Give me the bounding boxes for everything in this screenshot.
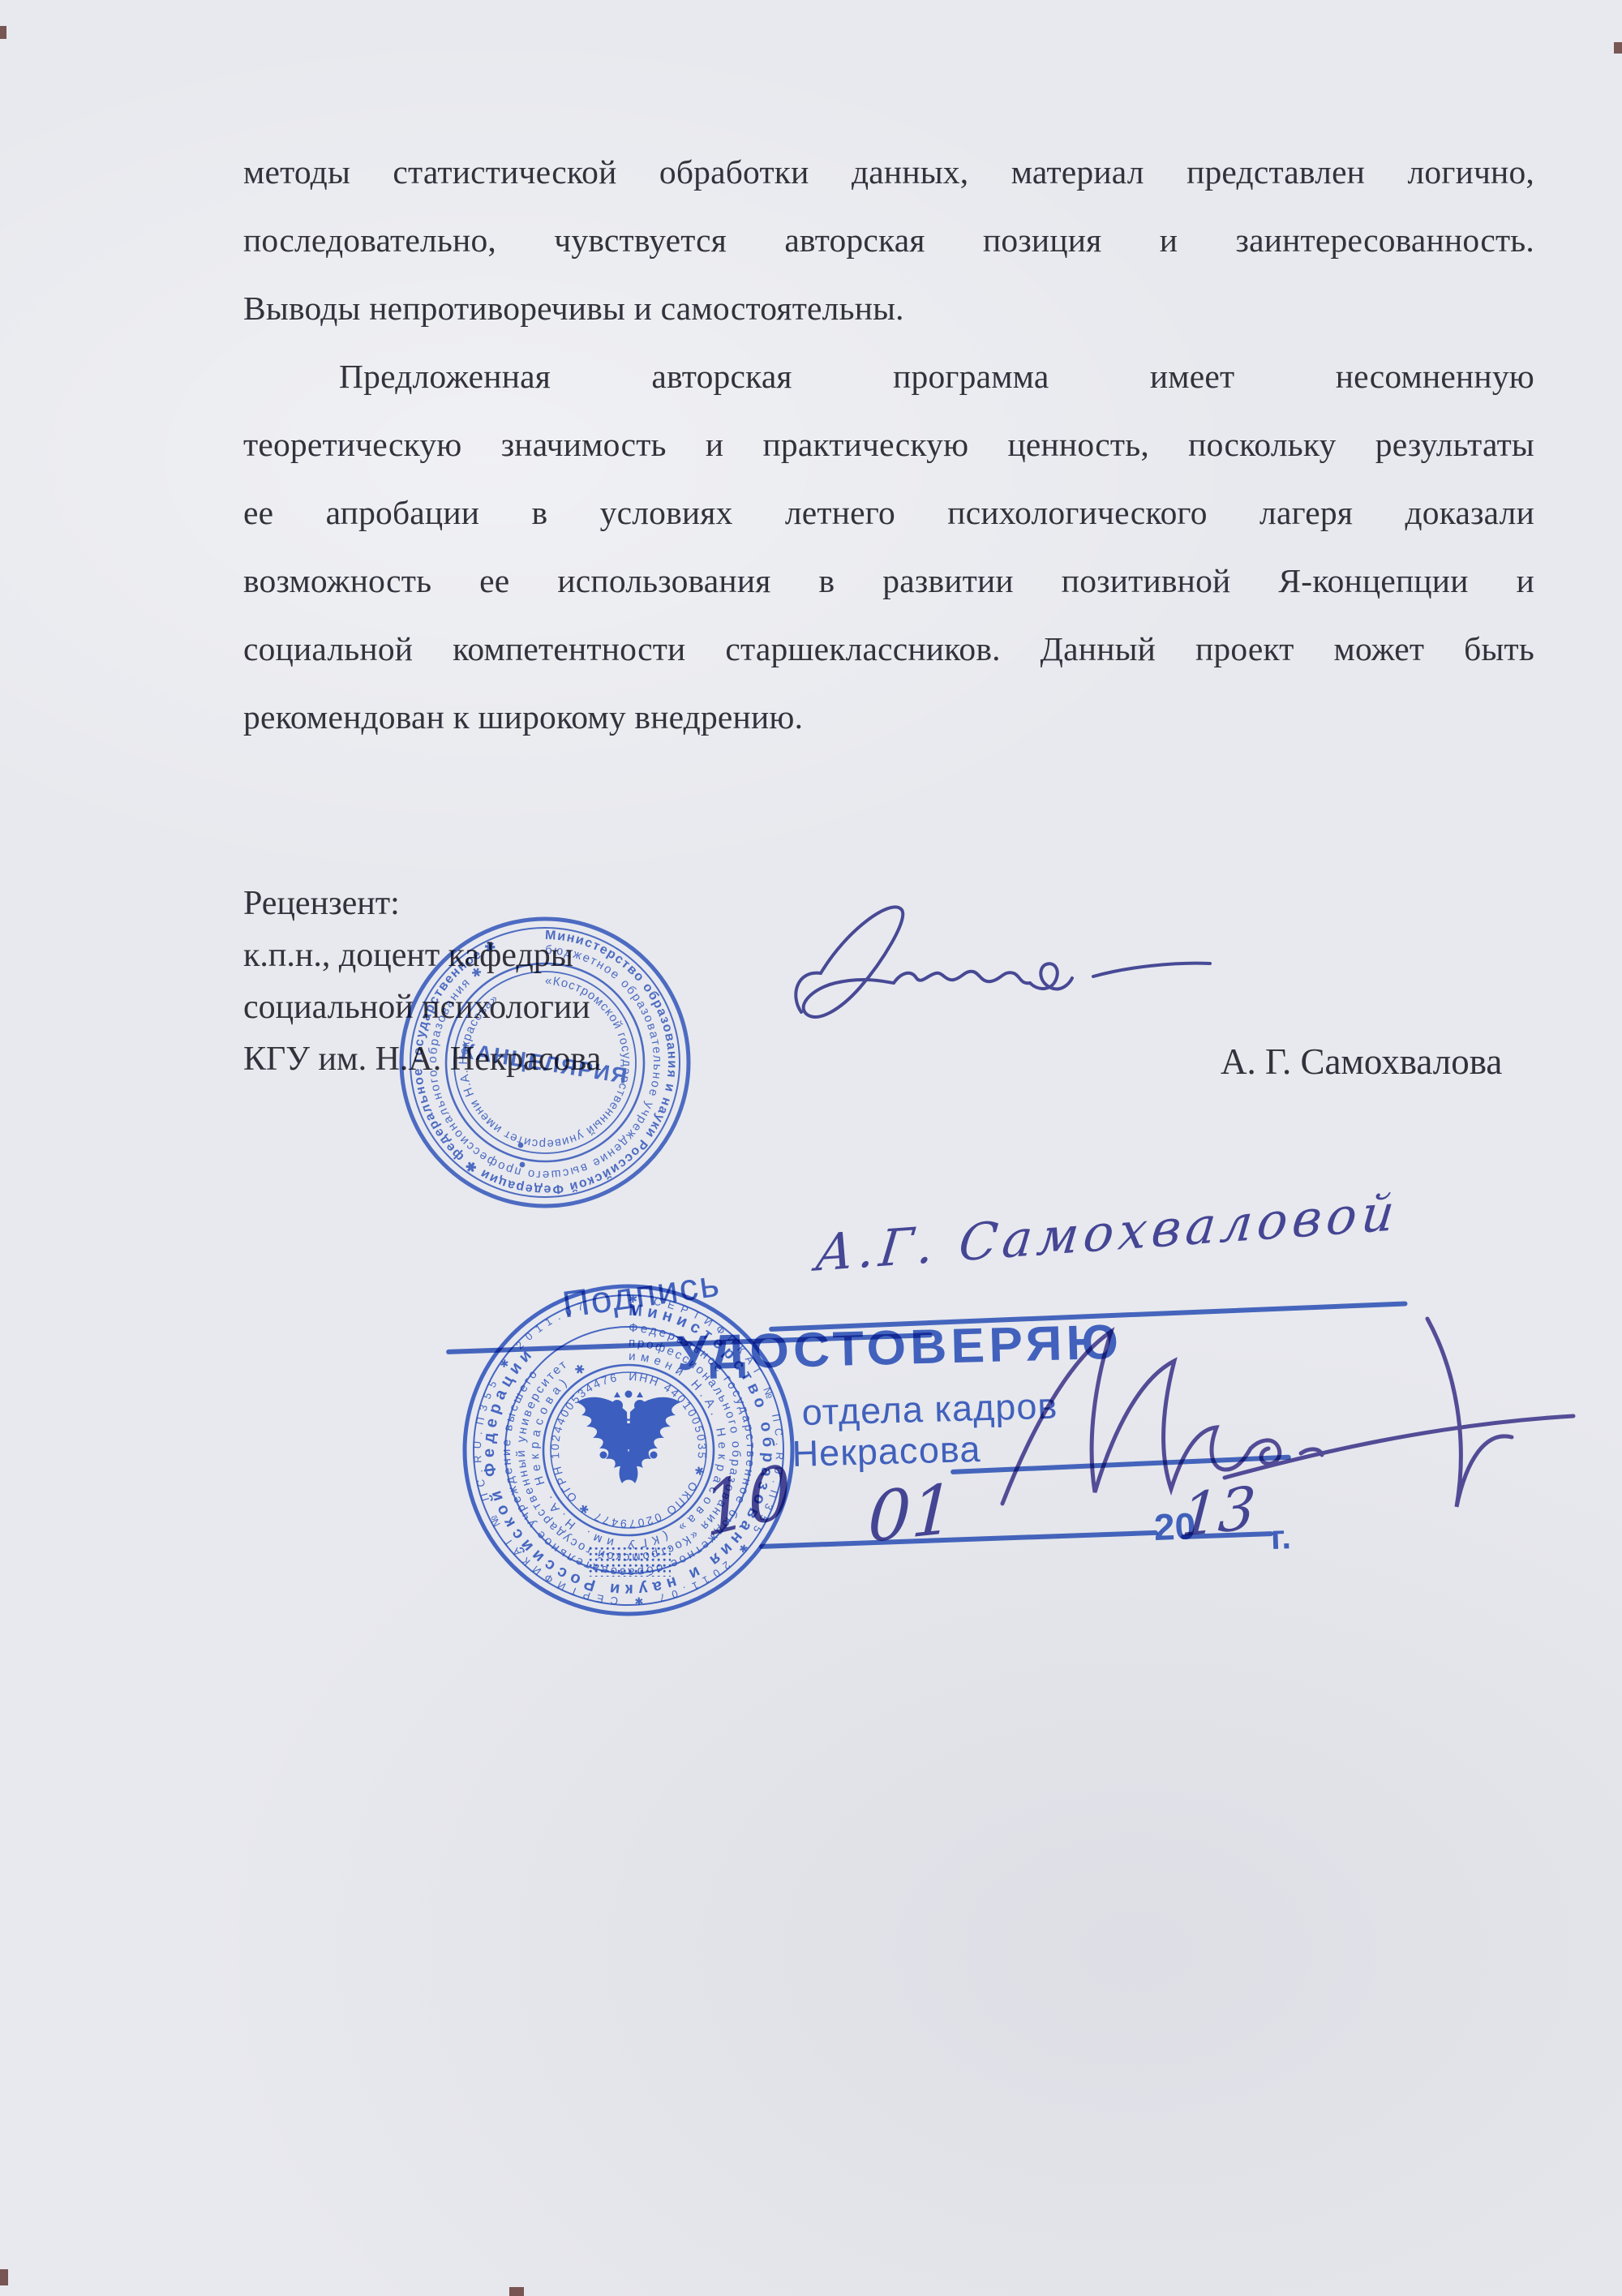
handwritten-month: 01 (867, 1469, 956, 1558)
registry-stamp: Министерство образования и науки Российс… (391, 908, 699, 1217)
paragraph2-line: ее апробации в условиях летнего психолог… (243, 479, 1534, 547)
reviewer-name: А. Г. Самохвалова (1221, 1041, 1502, 1083)
paragraph1-line: Выводы непротиворечивы и самостоятельны. (243, 274, 1534, 342)
hr-signature (973, 1294, 1598, 1562)
handwritten-endorsement: А.Г. Самохваловой (813, 1182, 1401, 1283)
paragraph2-line: возможность ее использования в развитии … (243, 547, 1534, 615)
scan-speck (0, 26, 6, 39)
body-text: методы статистической обработки данных, … (243, 138, 1534, 751)
scan-speck (509, 2287, 524, 2296)
paragraph2-line: Предложенная авторская программа имеет н… (243, 342, 1534, 410)
scan-speck (0, 2269, 8, 2285)
paragraph2-line: теоретическую значимость и практическую … (243, 410, 1534, 479)
paragraph2-line: рекомендован к широкому внедрению. (243, 683, 1534, 751)
reviewer-signature (779, 892, 1233, 1054)
paragraph1-line: методы статистической обработки данных, … (243, 138, 1534, 206)
paragraph2-line: социальной компетентности старшеклассник… (243, 615, 1534, 683)
official-university-stamp: ✱ СЕРТИФИКАТ № ПС.RU.П355 ✱ 2011.07 ✱ СЕ… (458, 1280, 799, 1620)
registry-stamp-center-label: КАНЦЕЛЯРИЯ (460, 1038, 631, 1088)
paragraph1-line: последовательно, чувствуется авторская п… (243, 206, 1534, 274)
scanned-document-page: методы статистической обработки данных, … (0, 0, 1622, 2296)
stamp-hatch-box (586, 1547, 671, 1577)
scan-speck (1614, 42, 1622, 54)
eagle-emblem (577, 1391, 680, 1484)
